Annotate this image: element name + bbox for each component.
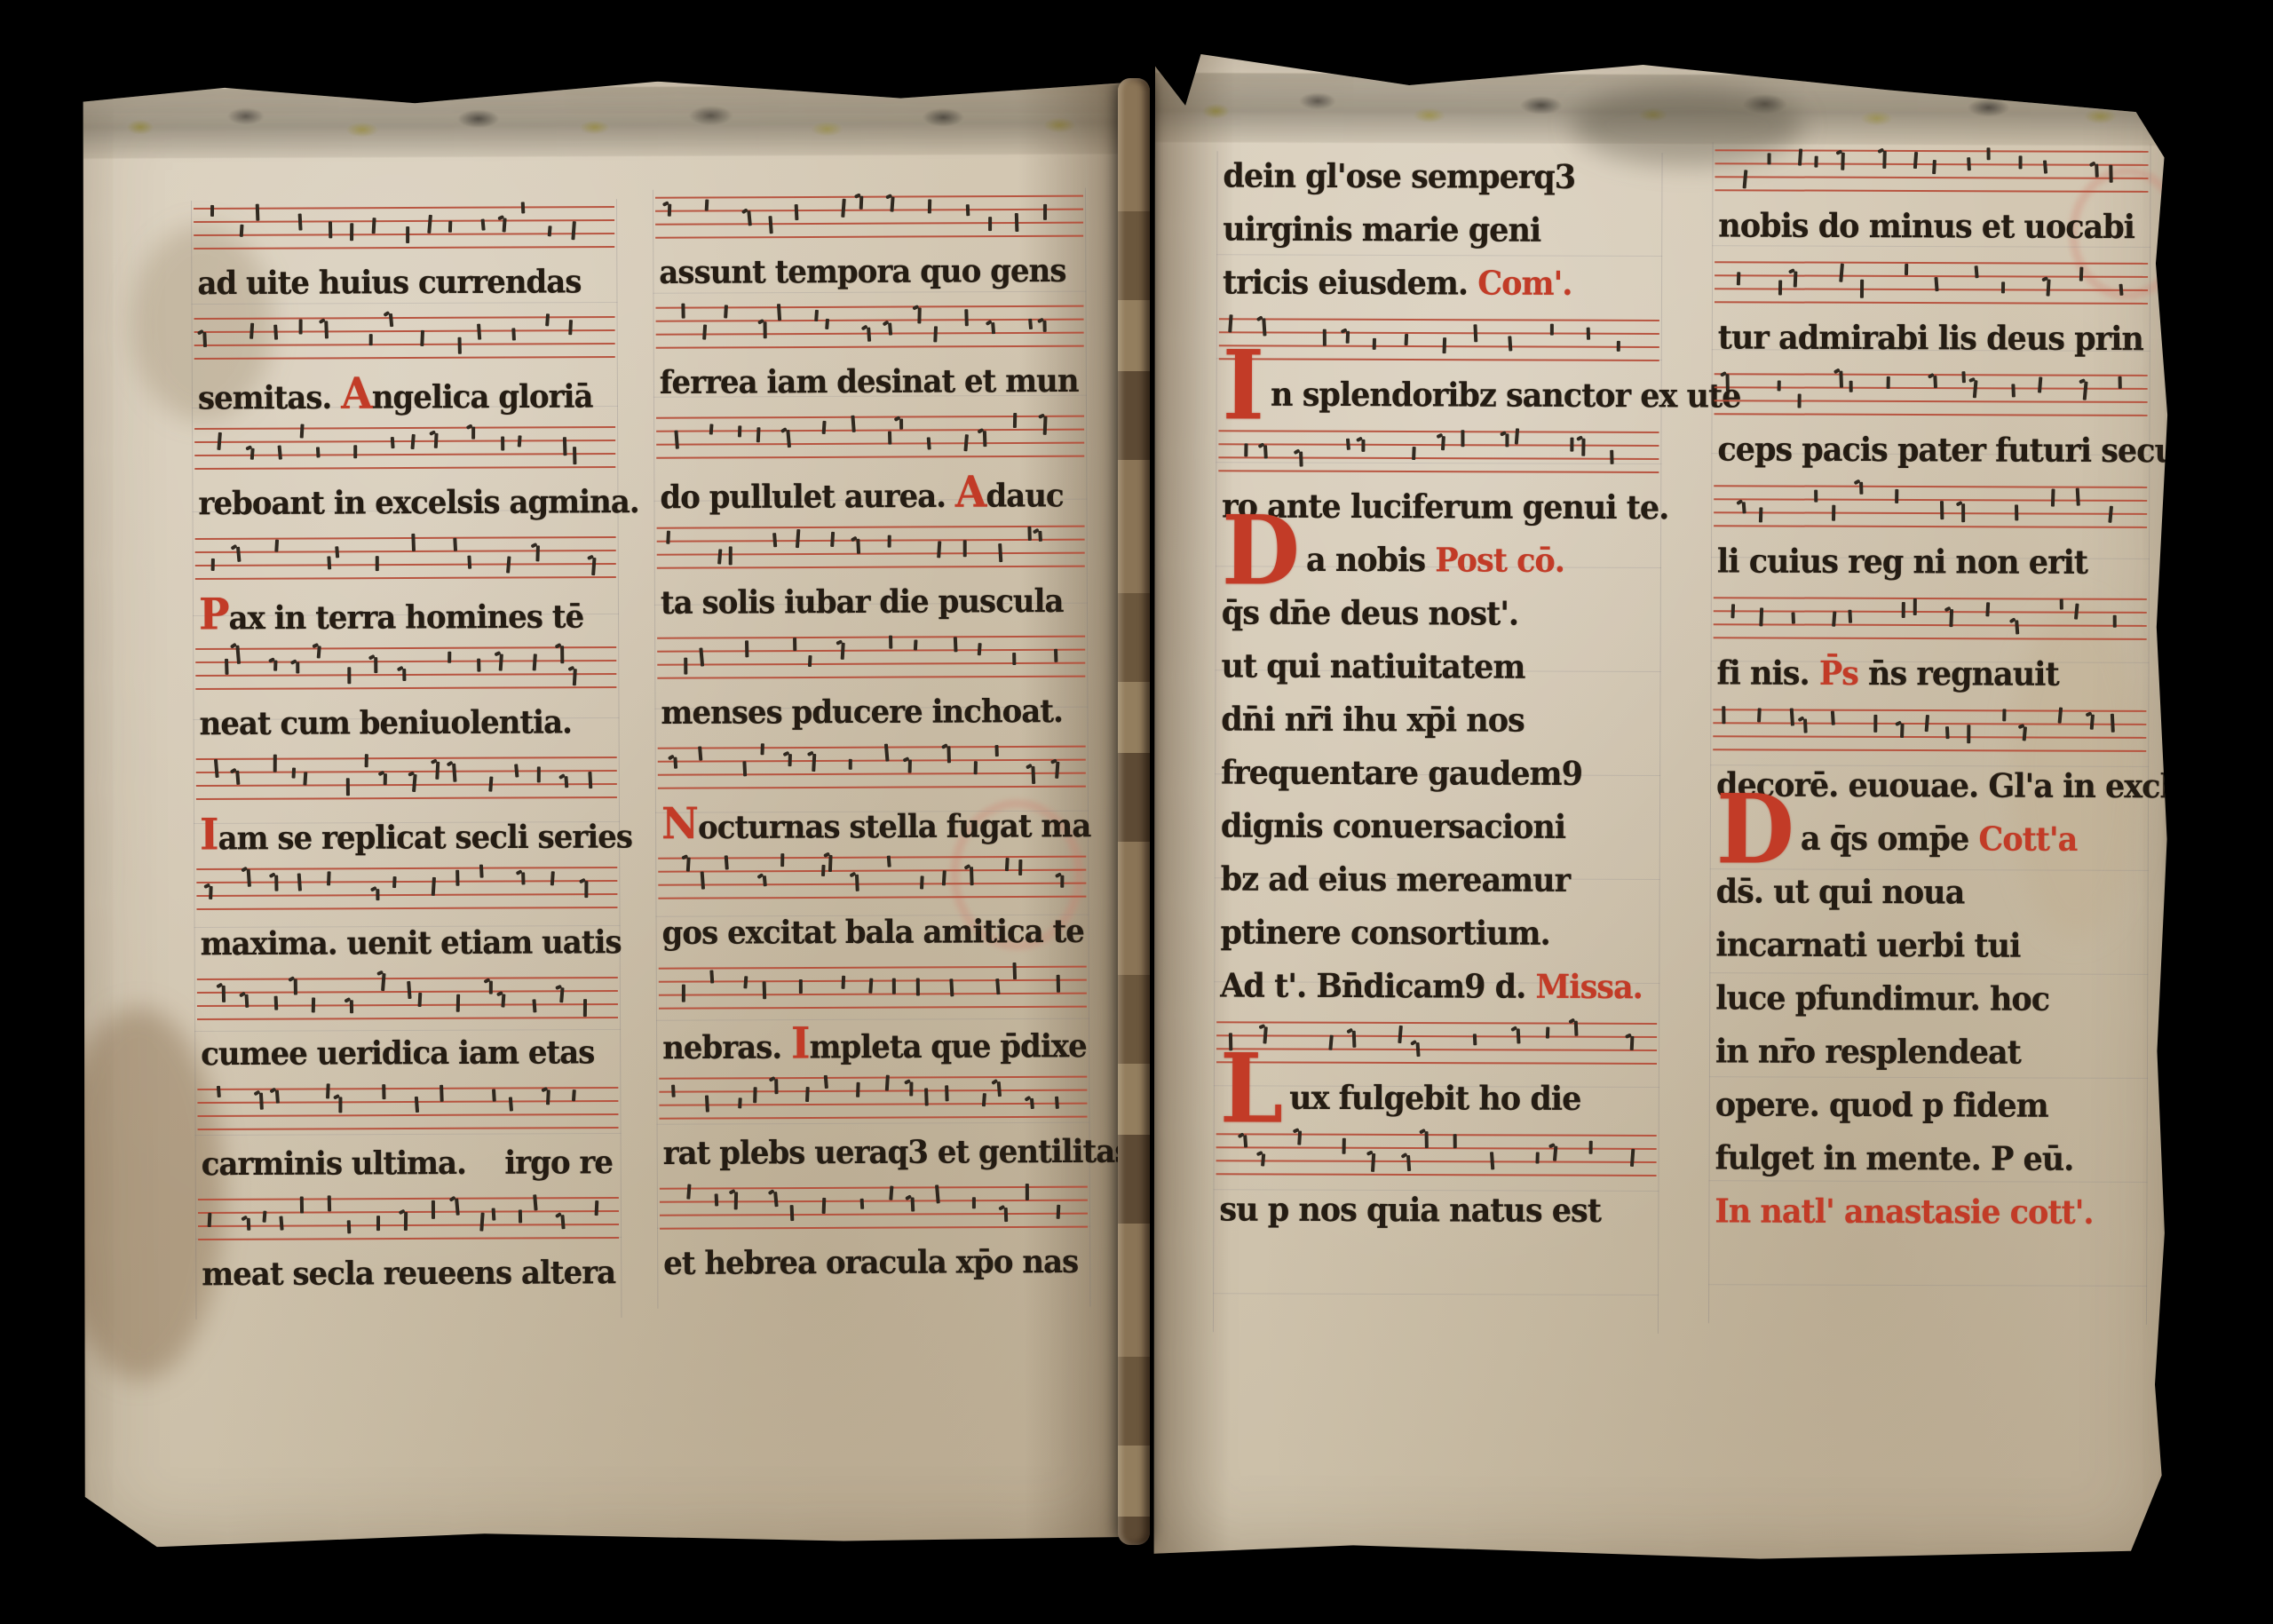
- neume-mark: [1759, 507, 1763, 522]
- neume-mark: [432, 876, 436, 895]
- body-text: incarnati uerbi tui: [1715, 926, 2020, 966]
- neume-mark: [2015, 504, 2018, 520]
- body-text: assunt tempora quo gens: [659, 252, 1065, 291]
- neume-mark: [1987, 147, 1991, 161]
- neume-mark: [997, 1081, 1002, 1097]
- neume-mark: [888, 322, 892, 335]
- manuscript-photo: ad uite huius currendassemitas. Angelica…: [0, 0, 2273, 1624]
- neume-mark: [1757, 708, 1762, 722]
- neume-mark: [780, 854, 784, 867]
- neume-mark: [1323, 329, 1327, 345]
- neume-mark: [1832, 504, 1835, 520]
- body-text: ngelica gloriā: [372, 378, 593, 416]
- neume-mark: [1018, 860, 1022, 875]
- neume-mark: [440, 1085, 444, 1102]
- neume-mark: [300, 1196, 304, 1213]
- neume-mark: [499, 654, 503, 672]
- neume-mark: [1961, 503, 1965, 522]
- neume-mark: [207, 1213, 211, 1228]
- neume-mark: [550, 872, 555, 886]
- music-stave: [657, 629, 1085, 682]
- body-text: n splendoribz sanctor ex ute: [1271, 376, 1741, 416]
- neume-mark: [481, 218, 486, 230]
- music-stave: [198, 1190, 619, 1243]
- neume-mark: [411, 534, 416, 551]
- neume-mark: [738, 1097, 742, 1109]
- neume-mark: [217, 1086, 221, 1097]
- neume-mark: [1736, 272, 1740, 285]
- neume-mark: [1473, 1034, 1477, 1045]
- text-line: Iam se replicat secli series: [194, 808, 619, 865]
- neume-mark: [1849, 381, 1853, 392]
- neume-mark: [1415, 1042, 1420, 1057]
- neume-mark: [1461, 431, 1465, 448]
- neume-mark: [2090, 715, 2095, 730]
- neume-mark: [536, 545, 541, 561]
- neume-mark: [236, 547, 242, 562]
- text-line: fulget in mente. P eū.: [1709, 1133, 2146, 1191]
- neume-mark: [768, 216, 772, 234]
- neume-mark: [1924, 715, 1928, 732]
- neume-mark: [280, 1216, 284, 1231]
- neume-mark: [418, 993, 423, 1007]
- neume-mark: [1581, 439, 1585, 456]
- text-line: assunt tempora quo gens: [653, 247, 1085, 304]
- neume-mark: [2083, 382, 2088, 400]
- neume-mark: [273, 660, 277, 670]
- neume-mark: [859, 195, 863, 209]
- neume-mark: [407, 981, 411, 999]
- neume-mark: [753, 1087, 757, 1104]
- neume-mark: [1900, 724, 1905, 739]
- binding-sewing-cord: [1118, 78, 1150, 1545]
- neume-mark: [933, 326, 938, 342]
- neume-mark: [764, 321, 767, 338]
- neume-mark: [1961, 371, 1966, 383]
- body-text: am se replicat secli series: [218, 819, 632, 858]
- music-stave: [660, 1179, 1088, 1232]
- neume-mark: [988, 217, 992, 231]
- neume-mark: [2119, 284, 2123, 297]
- text-line: in nr̄o resplendeat: [1710, 1026, 2147, 1084]
- neume-mark: [478, 659, 481, 672]
- neume-mark: [225, 659, 229, 675]
- body-text: n̄s regnauit: [1858, 654, 2059, 693]
- neume-mark: [262, 1210, 266, 1222]
- body-text: a nobis: [1306, 541, 1435, 580]
- neume-mark: [1506, 433, 1509, 447]
- neume-mark: [346, 778, 350, 796]
- neume-mark: [316, 447, 321, 457]
- music-stave: [1714, 478, 2147, 531]
- text-line: ut qui natiuitatem: [1216, 641, 1659, 699]
- neume-mark: [1832, 612, 1836, 627]
- neume-mark: [434, 433, 439, 448]
- body-text: fi nis.: [1716, 654, 1819, 693]
- text-line: nobis do minus et uocabi: [1713, 201, 2150, 258]
- neume-mark: [583, 999, 587, 1017]
- neume-mark: [1473, 324, 1477, 342]
- neume-mark: [1546, 1027, 1549, 1039]
- neume-mark: [532, 999, 536, 1012]
- neume-mark: [699, 647, 704, 666]
- neume-mark: [520, 202, 525, 213]
- neume-mark: [907, 760, 911, 773]
- neume-mark: [668, 203, 671, 216]
- music-stave: [1216, 1126, 1657, 1179]
- neume-mark: [673, 757, 677, 769]
- neume-mark: [209, 886, 213, 899]
- neume-mark: [949, 978, 954, 996]
- neume-mark: [292, 767, 297, 778]
- neume-mark: [867, 328, 871, 342]
- text-line: dn̄i nr̄i ihu xp̄i nos: [1216, 694, 1659, 752]
- neume-mark: [502, 994, 506, 1008]
- neume-mark: [911, 1197, 915, 1211]
- body-text: meat secla reueens altera: [202, 1254, 615, 1293]
- neume-mark: [411, 434, 416, 449]
- neume-mark: [1055, 1097, 1059, 1109]
- body-text: gos excitat bala amitica te: [661, 913, 1083, 952]
- neume-mark: [2109, 165, 2112, 183]
- neume-mark: [2038, 377, 2042, 393]
- neume-mark: [376, 889, 379, 900]
- rubric-initial: A: [341, 368, 372, 418]
- neume-mark: [479, 865, 484, 879]
- neume-mark: [761, 743, 764, 756]
- neume-mark: [1261, 1153, 1265, 1167]
- neume-mark: [202, 332, 207, 347]
- neume-mark: [1814, 490, 1818, 503]
- text-line: frequentare gaudem9: [1216, 748, 1659, 805]
- neume-mark: [1940, 501, 1944, 519]
- neume-mark: [2058, 708, 2063, 724]
- neume-mark: [277, 445, 281, 459]
- body-text: ferrea iam desinat et mun: [660, 362, 1079, 401]
- neume-mark: [296, 662, 299, 674]
- neume-mark: [298, 213, 303, 230]
- neume-mark: [427, 214, 432, 233]
- neume-mark: [920, 875, 924, 889]
- neume-mark: [822, 1198, 827, 1215]
- rubric-initial: I: [791, 1018, 810, 1068]
- neume-mark: [1514, 429, 1518, 445]
- neume-mark: [685, 657, 688, 674]
- neume-mark: [1767, 153, 1770, 164]
- neume-mark: [376, 1216, 380, 1231]
- neume-mark: [488, 776, 493, 792]
- neume-mark: [1814, 156, 1818, 168]
- neume-mark: [849, 758, 852, 769]
- neume-mark: [471, 426, 475, 439]
- neume-mark: [2095, 163, 2099, 177]
- neume-mark: [297, 873, 302, 891]
- neume-mark: [571, 1089, 575, 1101]
- text-line: uirginis marie geni: [1217, 204, 1661, 262]
- neume-mark: [915, 978, 919, 996]
- body-text: luce pfundimur. hoc: [1715, 979, 2049, 1019]
- neume-mark: [1798, 149, 1802, 167]
- neume-mark: [328, 1195, 331, 1211]
- neume-mark: [998, 543, 1002, 562]
- music-stave: [655, 298, 1083, 352]
- neume-mark: [734, 1192, 738, 1209]
- text-line: Pax in terra homines tē: [194, 588, 618, 645]
- body-text: nobis do minus et uocabi: [1718, 207, 2134, 247]
- neume-mark: [2001, 282, 2005, 294]
- music-stave: [1715, 254, 2148, 307]
- neume-mark: [805, 1087, 810, 1102]
- neume-mark: [374, 657, 377, 673]
- neume-mark: [247, 1218, 251, 1232]
- music-stave: [194, 199, 614, 252]
- neume-mark: [1759, 607, 1763, 626]
- neume-mark: [591, 558, 596, 576]
- neume-mark: [560, 646, 564, 664]
- neume-mark: [1790, 709, 1794, 726]
- neume-mark: [738, 426, 741, 438]
- neume-mark: [924, 1088, 929, 1105]
- text-column: nobis do minus et uocabitur admirabi lis…: [1708, 142, 2151, 1325]
- neume-mark: [435, 762, 440, 780]
- neume-mark: [298, 319, 302, 334]
- neume-mark: [888, 432, 891, 445]
- neume-mark: [705, 1095, 709, 1112]
- text-line: tricis eiusdem. Com'.: [1217, 257, 1661, 315]
- neume-mark: [841, 976, 845, 989]
- neume-mark: [1346, 439, 1350, 450]
- neume-mark: [1352, 1031, 1357, 1048]
- text-line: fi nis. P̄s n̄s regnauit: [1711, 648, 2148, 706]
- neume-mark: [1425, 1131, 1429, 1148]
- text-line: ta solis iubar die puscula: [655, 577, 1087, 634]
- neume-mark: [2011, 384, 2016, 397]
- neume-mark: [674, 431, 679, 449]
- neume-mark: [772, 533, 777, 547]
- neume-mark: [1573, 1020, 1578, 1036]
- neume-mark: [981, 1093, 986, 1106]
- neume-mark: [1060, 875, 1064, 888]
- neume-mark: [1794, 272, 1798, 288]
- text-line: Da q̄s omp̄e Cott'a: [1711, 813, 2148, 871]
- neume-mark: [962, 540, 966, 557]
- neume-mark: [274, 875, 278, 891]
- body-text: Ad t'. Bn̄dicam9 d.: [1220, 967, 1535, 1007]
- neume-mark: [795, 204, 799, 220]
- neume-mark: [503, 218, 507, 232]
- neume-mark: [884, 743, 890, 762]
- text-column: ad uite huius currendassemitas. Angelica…: [191, 199, 622, 1319]
- neume-mark: [1441, 436, 1445, 450]
- music-stave: [195, 639, 616, 693]
- neume-mark: [725, 856, 729, 870]
- neume-mark: [300, 424, 305, 439]
- neume-mark: [537, 766, 541, 782]
- neume-mark: [1839, 264, 1844, 282]
- neume-mark: [448, 220, 452, 232]
- neume-mark: [860, 1198, 865, 1209]
- neume-mark: [788, 755, 791, 767]
- neume-mark: [1553, 1146, 1557, 1161]
- neume-mark: [1973, 380, 1978, 398]
- neume-mark: [709, 970, 714, 983]
- neume-mark: [382, 1084, 385, 1099]
- text-line: Ad t'. Bn̄dicam9 d. Missa.: [1215, 961, 1659, 1018]
- body-text: uirginis marie geni: [1223, 210, 1540, 250]
- text-line: cumee ueridica iam etas: [195, 1028, 620, 1085]
- neume-mark: [479, 1212, 484, 1231]
- neume-mark: [954, 637, 958, 652]
- neume-mark: [856, 539, 860, 554]
- neume-mark: [945, 1085, 949, 1101]
- neume-mark: [729, 547, 733, 566]
- neume-mark: [381, 973, 385, 991]
- neume-mark: [1042, 416, 1047, 435]
- neume-mark: [467, 555, 471, 568]
- neume-mark: [406, 226, 409, 243]
- body-text: ds̄. ut qui noua: [1716, 873, 1965, 912]
- neume-mark: [1342, 1138, 1346, 1154]
- body-text: ptinere consortium.: [1220, 914, 1549, 954]
- neume-mark: [815, 310, 820, 322]
- neume-mark: [994, 745, 998, 757]
- text-line: ds̄. ut qui noua: [1711, 867, 2148, 924]
- body-text: dauc: [986, 477, 1063, 515]
- neume-mark: [413, 774, 418, 792]
- music-stave: [656, 408, 1084, 462]
- neume-mark: [1043, 204, 1047, 220]
- neume-mark: [273, 324, 278, 339]
- neume-mark: [2108, 506, 2113, 524]
- text-line: neat cum beniuolentia.: [194, 698, 618, 755]
- text-line: reboant in excelsis agmina.: [193, 478, 617, 535]
- neume-mark: [350, 223, 353, 241]
- neume-mark: [1297, 1130, 1302, 1145]
- neume-mark: [1610, 450, 1613, 464]
- neume-mark: [1588, 1141, 1592, 1154]
- neume-mark: [1860, 280, 1864, 298]
- neume-mark: [1263, 445, 1267, 458]
- neume-mark: [317, 646, 321, 658]
- text-line: ceps pacis pater futuri secu: [1712, 424, 2149, 482]
- neume-mark: [389, 313, 393, 328]
- neume-mark: [982, 431, 986, 447]
- neume-mark: [274, 539, 279, 551]
- body-text: ta solis iubar die puscula: [661, 582, 1064, 622]
- neume-mark: [2046, 279, 2050, 297]
- neume-mark: [763, 875, 767, 886]
- neume-mark: [977, 643, 981, 656]
- neume-mark: [1945, 726, 1950, 739]
- music-stave: [1715, 142, 2148, 195]
- neume-mark: [763, 981, 767, 999]
- music-stave: [657, 519, 1085, 572]
- neume-mark: [456, 994, 460, 1012]
- neume-mark: [457, 337, 461, 353]
- music-stave: [194, 419, 615, 472]
- neume-mark: [773, 1192, 779, 1207]
- body-text: do pullulet aurea.: [660, 478, 955, 517]
- text-line: incarnati uerbi tui: [1710, 920, 2147, 978]
- neume-mark: [823, 1075, 828, 1089]
- text-line: li cuius reg ni non erit: [1712, 536, 2149, 594]
- neume-mark: [855, 874, 859, 891]
- neume-mark: [841, 643, 845, 660]
- neume-mark: [565, 777, 569, 788]
- text-line: bz ad eius mereamur: [1216, 854, 1659, 912]
- neume-mark: [892, 978, 896, 994]
- neume-mark: [918, 308, 922, 324]
- neume-mark: [346, 1220, 351, 1233]
- neume-mark: [546, 1089, 550, 1105]
- neume-mark: [1012, 653, 1016, 665]
- neume-mark: [571, 221, 576, 240]
- neume-mark: [1012, 963, 1017, 980]
- neume-mark: [2118, 376, 2121, 389]
- neume-mark: [796, 528, 800, 547]
- body-text: opere. quod p fidem: [1715, 1086, 2048, 1126]
- neume-mark: [372, 218, 376, 234]
- neume-mark: [702, 325, 707, 341]
- neume-mark: [704, 200, 709, 211]
- neume-mark: [1406, 1155, 1411, 1171]
- body-text: et hebrea oracula xp̄o nas: [663, 1243, 1078, 1282]
- neume-mark: [842, 199, 846, 218]
- text-line: rat plebs ueraq3 et gentilitas: [658, 1128, 1089, 1184]
- neume-mark: [350, 1000, 353, 1013]
- neume-mark: [1030, 1098, 1034, 1109]
- neume-mark: [521, 872, 525, 884]
- neume-mark: [667, 531, 671, 544]
- neume-mark: [365, 754, 368, 767]
- body-text: maxima. uenit etiam uatis: [201, 923, 622, 963]
- neume-mark: [335, 546, 339, 558]
- text-line: et hebrea oracula xp̄o nas: [658, 1238, 1089, 1295]
- text-line: semitas. Angelica gloriā: [193, 368, 617, 424]
- body-text: rat plebs ueraq3 et gentilitas: [663, 1133, 1131, 1173]
- neume-mark: [390, 437, 394, 448]
- body-text: reboant in excelsis agmina.: [198, 483, 638, 523]
- rubric-initial: N: [661, 797, 698, 848]
- body-text: octurnas stella fugat ma: [698, 807, 1091, 846]
- neume-mark: [560, 1215, 565, 1229]
- neume-mark: [584, 882, 588, 899]
- neume-mark: [1974, 265, 1978, 279]
- neume-mark: [492, 1089, 496, 1101]
- neume-mark: [1874, 714, 1878, 732]
- neume-mark: [942, 870, 946, 885]
- music-stave: [658, 849, 1086, 902]
- left-page: ad uite huius currendassemitas. Angelica…: [76, 70, 1139, 1556]
- neume-mark: [1013, 413, 1017, 428]
- neume-mark: [259, 1093, 264, 1110]
- text-line: carminis ultima. irgo re: [196, 1138, 621, 1195]
- neume-mark: [210, 205, 214, 217]
- neume-mark: [594, 1200, 598, 1216]
- neume-mark: [273, 754, 277, 772]
- neume-mark: [506, 556, 511, 573]
- neume-mark: [519, 1209, 522, 1224]
- neume-mark: [1361, 440, 1365, 452]
- neume-mark: [489, 981, 493, 994]
- neume-mark: [927, 438, 931, 450]
- body-text: tricis eiusdem.: [1223, 264, 1477, 303]
- text-line: Nocturnas stella fugat ma: [656, 797, 1088, 854]
- neume-mark: [573, 669, 577, 685]
- neume-mark: [250, 448, 255, 460]
- body-text: tur admirabi lis deus prin: [1718, 319, 2143, 359]
- text-line: tur admirabi lis deus prin: [1713, 313, 2150, 370]
